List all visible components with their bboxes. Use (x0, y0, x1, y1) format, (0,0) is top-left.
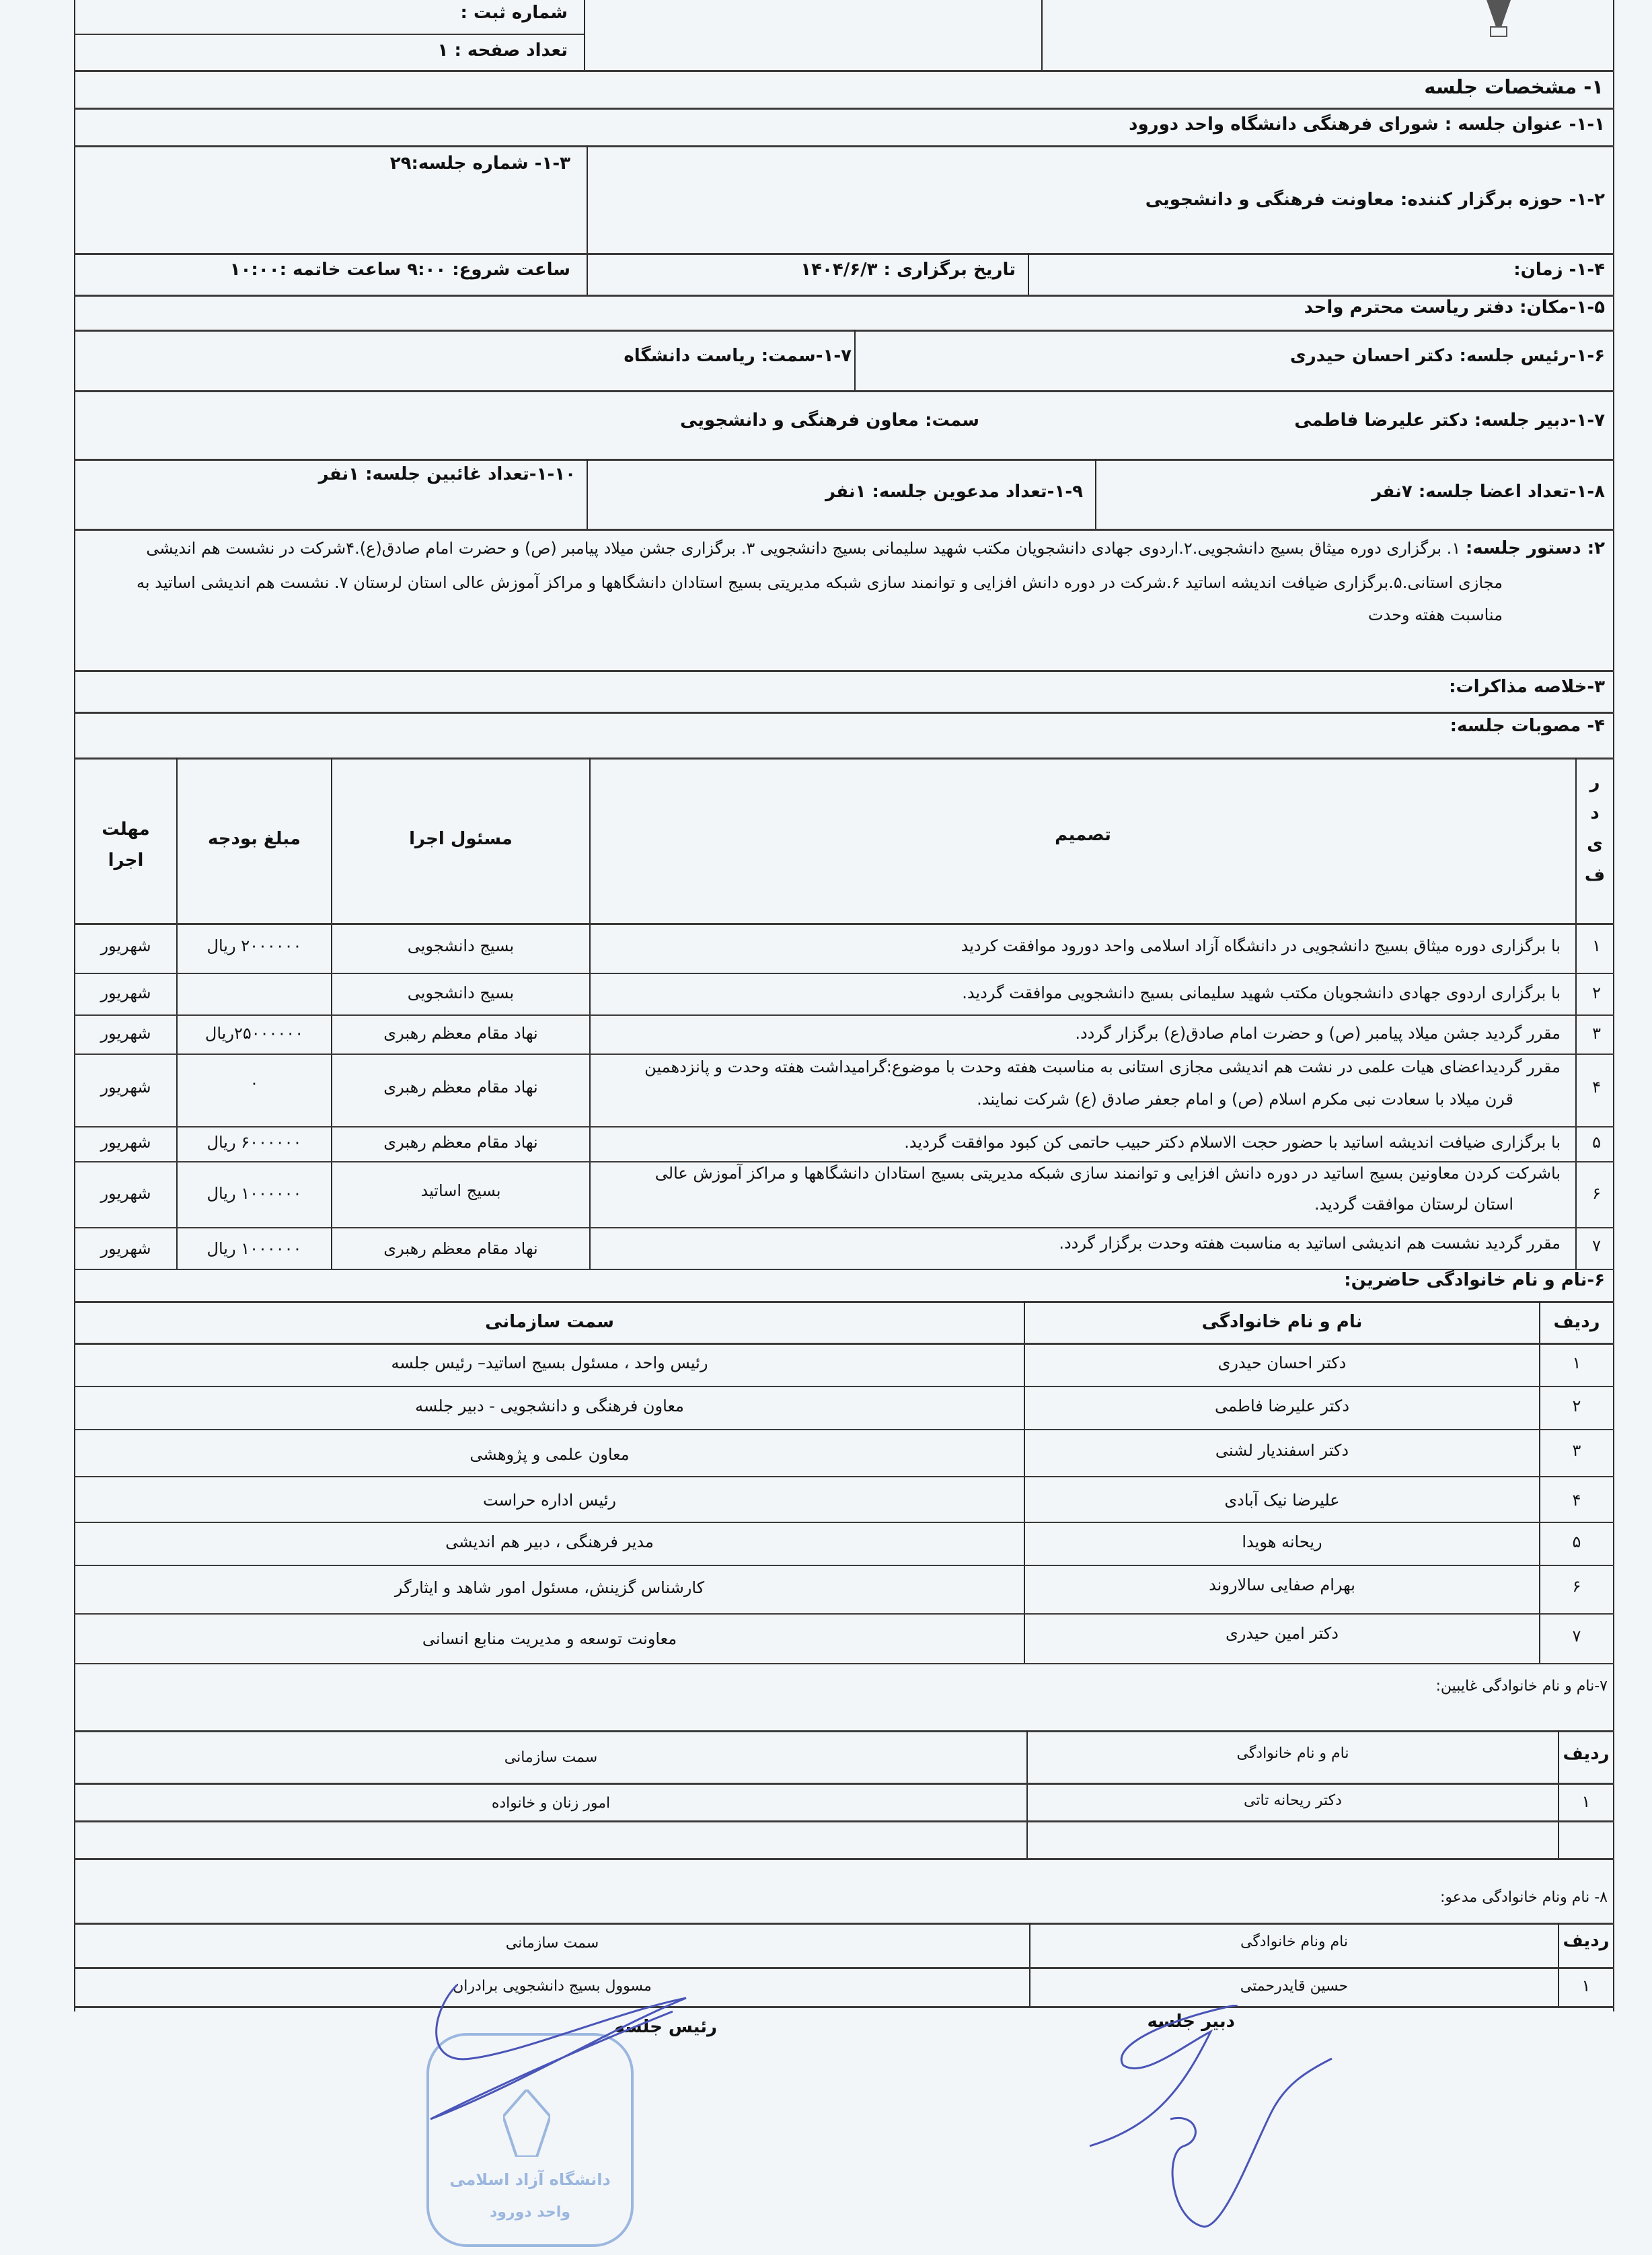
meeting-date: تاریخ برگزاری : ۱۴۰۴/۶/۳ (800, 260, 1016, 280)
meeting-hours: ساعت شروع: ۹:۰۰ ساعت خاتمه :۱۰:۰۰ (230, 260, 570, 280)
decision-row-7: ۷ مقرر گردید نشست هم اندیشی اساتید به من… (74, 1227, 1614, 1269)
attendee-row-6: ۶ بهرام صفایی سالاروند کارشناس گزینش، مس… (74, 1565, 1614, 1613)
invitees-header-position: سمت سازمانی (75, 1935, 1029, 1952)
chair-position: ۱-۷-سمت: ریاست دانشگاه (624, 346, 852, 366)
time-label: ۱-۴- زمان: (1513, 260, 1605, 280)
stamp-text: دانشگاه آزاد اسلامی (429, 2170, 631, 2189)
meeting-title: ۱-۱- عنوان جلسه : شورای فرهنگی دانشگاه و… (1129, 114, 1605, 135)
meeting-secretary: ۱-۷-دبیر جلسه: دکتر علیرضا فاطمی (1294, 410, 1605, 431)
section-4-title: ۴- مصوبات جلسه: (1450, 716, 1605, 736)
absentees-header-position: سمت سازمانی (75, 1749, 1026, 1766)
secretary-signature (1049, 2005, 1345, 2236)
header-bottom-line (74, 70, 1614, 72)
stamp-subtext: واحد دورود (429, 2204, 631, 2221)
meeting-number: ۱-۳- شماره جلسه:۲۹ (390, 153, 570, 174)
university-logo-icon (1485, 0, 1512, 38)
absentees-title: ۷-نام و نام خانوادگی غایبین: (1435, 1678, 1608, 1695)
agenda: ۲: دستور جلسه: ۱. برگزاری دوره میثاق بسی… (146, 538, 1605, 558)
invitee-row-1: ۱ حسین قایدرحمتی مسوول بسیج دانشجویی برا… (74, 1967, 1614, 2006)
registration-number-label: شماره ثبت : (461, 3, 568, 23)
decision-row-3: ۳ مقرر گردید جشن میلاد پیامبر (ص) و حضرت… (74, 1014, 1614, 1053)
attendee-row-5: ۵ ریحانه هویدا مدیر فرهنگی ، دبیر هم اند… (74, 1522, 1614, 1565)
decision-row-6: ۶ باشرکت کردن معاونین بسیج اساتید در دور… (74, 1161, 1614, 1227)
decisions-header-row: ر د ی ف (1577, 767, 1613, 891)
invitees-header-row: ردیف (1559, 1931, 1613, 1951)
attendees-header-position: سمت سازمانی (75, 1312, 1024, 1332)
attendee-row-2: ۲ دکتر علیرضا فاطمی معاون فرهنگی و دانشج… (74, 1386, 1614, 1429)
invitees-header-name: نام ونام خانوادگی (1030, 1933, 1558, 1950)
agenda-line-2: مجازی استانی.۵.برگزاری ضیافت اندیشه اسات… (137, 573, 1503, 592)
agenda-line-1: ۱. برگزاری دوره میثاق بسیج دانشجویی.۲.ار… (146, 539, 1460, 558)
absentee-row-1: ۱ دکتر ریحانه تاتی امور زنان و خانواده (74, 1783, 1614, 1820)
invitees-count: ۱-۹-تعداد مدعوین جلسه: ۱نفر (825, 482, 1083, 502)
secretary-position: سمت: معاون فرهنگی و دانشجویی (680, 410, 979, 431)
decisions-header-deadline: مهلت اجرا (75, 814, 176, 876)
section-1-title: ۱- مشخصات جلسه (1424, 75, 1604, 98)
decision-row-4: ۴ مقرر گردیداعضای هیات علمی در نشت هم ان… (74, 1053, 1614, 1126)
attendees-header-row: ردیف (1540, 1312, 1613, 1332)
meeting-chair: ۱-۶-رئیس جلسه: دکتر احسان حیدری (1290, 346, 1605, 366)
chair-signature (417, 1985, 713, 2155)
attendee-row-4: ۴ علیرضا نیک آبادی رئیس اداره حراست (74, 1476, 1614, 1522)
meeting-location: ۱-۵-مکان: دفتر ریاست محترم واحد (1304, 297, 1605, 318)
decisions-header-budget: مبلغ بودجه (178, 829, 331, 849)
agenda-line-3: مناسبت هفته وحدت (1368, 605, 1503, 624)
attendee-row-1: ۱ دکتر احسان حیدری رئیس واحد ، مسئول بسی… (74, 1343, 1614, 1386)
absentees-header-row: ردیف (1559, 1744, 1613, 1764)
absentees-header-name: نام و نام خانوادگی (1028, 1745, 1558, 1762)
members-count: ۱-۸-تعداد اعضا جلسه: ۷نفر (1372, 482, 1605, 502)
agenda-label: ۲: دستور جلسه: (1466, 538, 1605, 558)
decision-row-2: ۲ با برگزاری اردوی جهادی دانشجویان مکتب … (74, 973, 1614, 1014)
decision-row-1: ۱ با برگزاری دوره میثاق بسیج دانشجویی در… (74, 923, 1614, 973)
invitees-title: ۸- نام ونام خانوادگی مدعو: (1440, 1889, 1608, 1906)
attendees-title: ۶-نام و نام خانوادگی حاضرین: (1344, 1270, 1605, 1290)
attendees-header-name: نام و نام خانوادگی (1025, 1312, 1539, 1332)
decisions-header-decision: تصمیم (591, 825, 1575, 845)
attendee-row-3: ۳ دکتر اسفندیار لشنی معاون علمی و پژوهشی (74, 1429, 1614, 1476)
attendee-row-7: ۷ دکتر امین حیدری معاونت توسعه و مدیریت … (74, 1613, 1614, 1663)
page-count-label: تعداد صفحه : ۱ (438, 40, 568, 61)
organizer: ۱-۲- حوزه برگزار کننده: معاونت فرهنگی و … (1146, 190, 1605, 210)
decisions-header-responsible: مسئول اجرا (332, 829, 589, 849)
section-3-title: ۳-خلاصه مذاکرات: (1449, 677, 1605, 697)
decision-row-5: ۵ با برگزاری ضیافت اندیشه اساتید با حضور… (74, 1126, 1614, 1161)
absent-count: ۱-۱۰-تعداد غائبین جلسه: ۱نفر (319, 464, 576, 484)
